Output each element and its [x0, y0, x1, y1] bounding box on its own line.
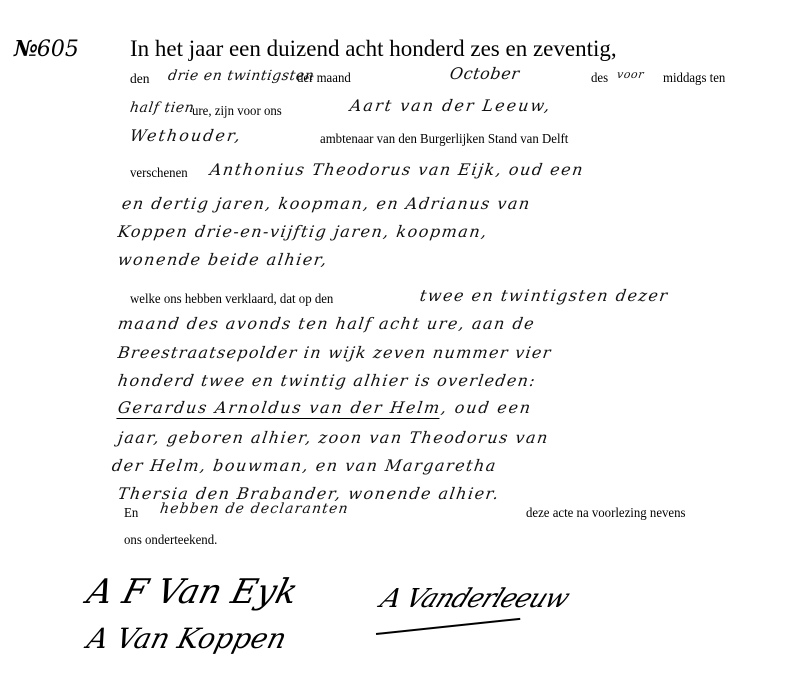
line-1: den: [130, 70, 150, 88]
hand-date-death: twee en twintigsten dezer: [419, 286, 670, 305]
number-sign: №: [14, 36, 37, 62]
hand-hour: half tien: [129, 100, 196, 116]
printed-den: den: [130, 71, 150, 86]
hand-line-7: wonende beide alhier,: [117, 250, 330, 269]
printed-deze-acte: deze acte na voorlezing nevens: [526, 505, 686, 521]
deceased-age-prefix: , oud een: [440, 398, 534, 417]
signature-declarant-1: A F Van Eyk: [83, 572, 302, 612]
printed-welke: welke ons hebben verklaard, dat op den: [130, 291, 333, 307]
signature-declarant-2: A Van Koppen: [84, 622, 290, 655]
printed-ure: ure, zijn voor ons: [192, 103, 282, 119]
hand-declaranten: hebben de declaranten: [159, 501, 350, 517]
hand-line-6: Koppen drie-en-vijftig jaren, koopman,: [117, 222, 490, 241]
civil-record-page: №605 In het jaar een duizend acht honder…: [0, 0, 800, 700]
hand-month: October: [449, 64, 521, 83]
printed-onderteekend: ons onderteekend.: [124, 532, 217, 548]
hand-line-9: maand des avonds ten half acht ure, aan …: [117, 314, 537, 333]
signature-underline: [376, 618, 520, 635]
printed-ambtenaar: ambtenaar van den Burgerlijken Stand van…: [320, 131, 568, 147]
printed-en: En: [124, 505, 138, 521]
hand-line-13: jaar, geboren alhier, zoon van Theodorus…: [117, 428, 551, 447]
hand-day: drie en twintigsten: [167, 68, 316, 84]
printed-der-maand: der maand: [297, 70, 351, 86]
record-number-value: 605: [37, 37, 79, 62]
deceased-name: Gerardus Arnoldus van der Helm: [116, 398, 442, 419]
heading: In het jaar een duizend acht honderd zes…: [130, 36, 617, 62]
printed-verschenen: verschenen: [130, 165, 188, 181]
hand-line-10: Breestraatsepolder in wijk zeven nummer …: [117, 343, 553, 362]
record-number: №605: [14, 36, 79, 62]
hand-line-5: en dertig jaren, koopman, en Adrianus va…: [121, 194, 532, 213]
hand-official: Aart van der Leeuw,: [349, 96, 553, 115]
printed-des: des: [591, 70, 608, 86]
hand-voor: voor: [616, 68, 645, 81]
hand-line-14: der Helm, bouwman, en van Margaretha: [111, 456, 499, 475]
hand-declarant-1: Anthonius Theodorus van Eijk, oud een: [209, 160, 586, 179]
hand-line-11: honderd twee en twintig alhier is overle…: [117, 371, 538, 390]
deceased-name-line: Gerardus Arnoldus van der Helm, oud een: [117, 398, 534, 417]
printed-middags-ten: middags ten: [663, 70, 725, 86]
hand-official-title: Wethouder,: [129, 126, 244, 145]
